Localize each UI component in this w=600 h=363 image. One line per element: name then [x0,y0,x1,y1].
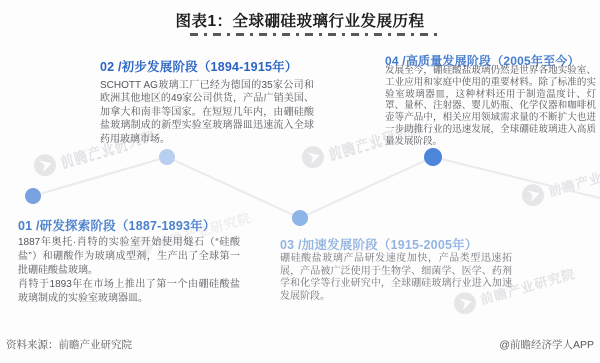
stage-02-heading: 02 /初步发展阶段（1894-1915年） [100,57,298,75]
figure-canvas: 图表1：全球硼硅玻璃行业发展历程 前瞻产业研究院 前瞻产业研究院 前瞻产业研究院… [0,0,600,363]
stage-04-dot [424,148,442,166]
source-note: 资料来源：前瞻产业研究院 [6,337,132,352]
stage-03-body: 硼硅酸盐玻璃产品研发速度加快，产品类型迅速拓展，产品被广泛使用于生物学、细菌学、… [280,253,512,303]
stage-01-paragraph-1: 1887年奥托·肖特的实验室开始使用燧石（“硅酸盐”）和硼酸作为玻璃成型剂，生产… [18,236,240,278]
stage-01-dot [25,188,41,204]
stage-01-body: 1887年奥托·肖特的实验室开始使用燧石（“硅酸盐”）和硼酸作为玻璃成型剂，生产… [18,236,240,306]
stage-01-paragraph-2: 肖特于1893年在市场上推出了第一个由硼硅酸盐玻璃制成的实验室玻璃器皿。 [18,278,240,306]
stage-03-heading: 03 /加速发展阶段（1915-2005年） [280,235,478,253]
stage-02-body: SCHOTT AG玻璃工厂已经为德国的35家公司和欧洲其他地区的49家公司供货，… [100,79,314,146]
stage-01-heading: 01 /研发探索阶段（1887-1893年） [18,216,216,234]
credit-note: @前瞻经济学人APP [499,337,594,352]
stage-04-body: 发展至今，硼硅酸盐玻璃仍然是世界各地实验室、工业应用和家庭中使用的重要材料。除了… [385,65,596,148]
stage-03-dot [292,210,308,226]
stage-02-dot [159,149,175,165]
timeline-zigzag-line [33,157,600,218]
